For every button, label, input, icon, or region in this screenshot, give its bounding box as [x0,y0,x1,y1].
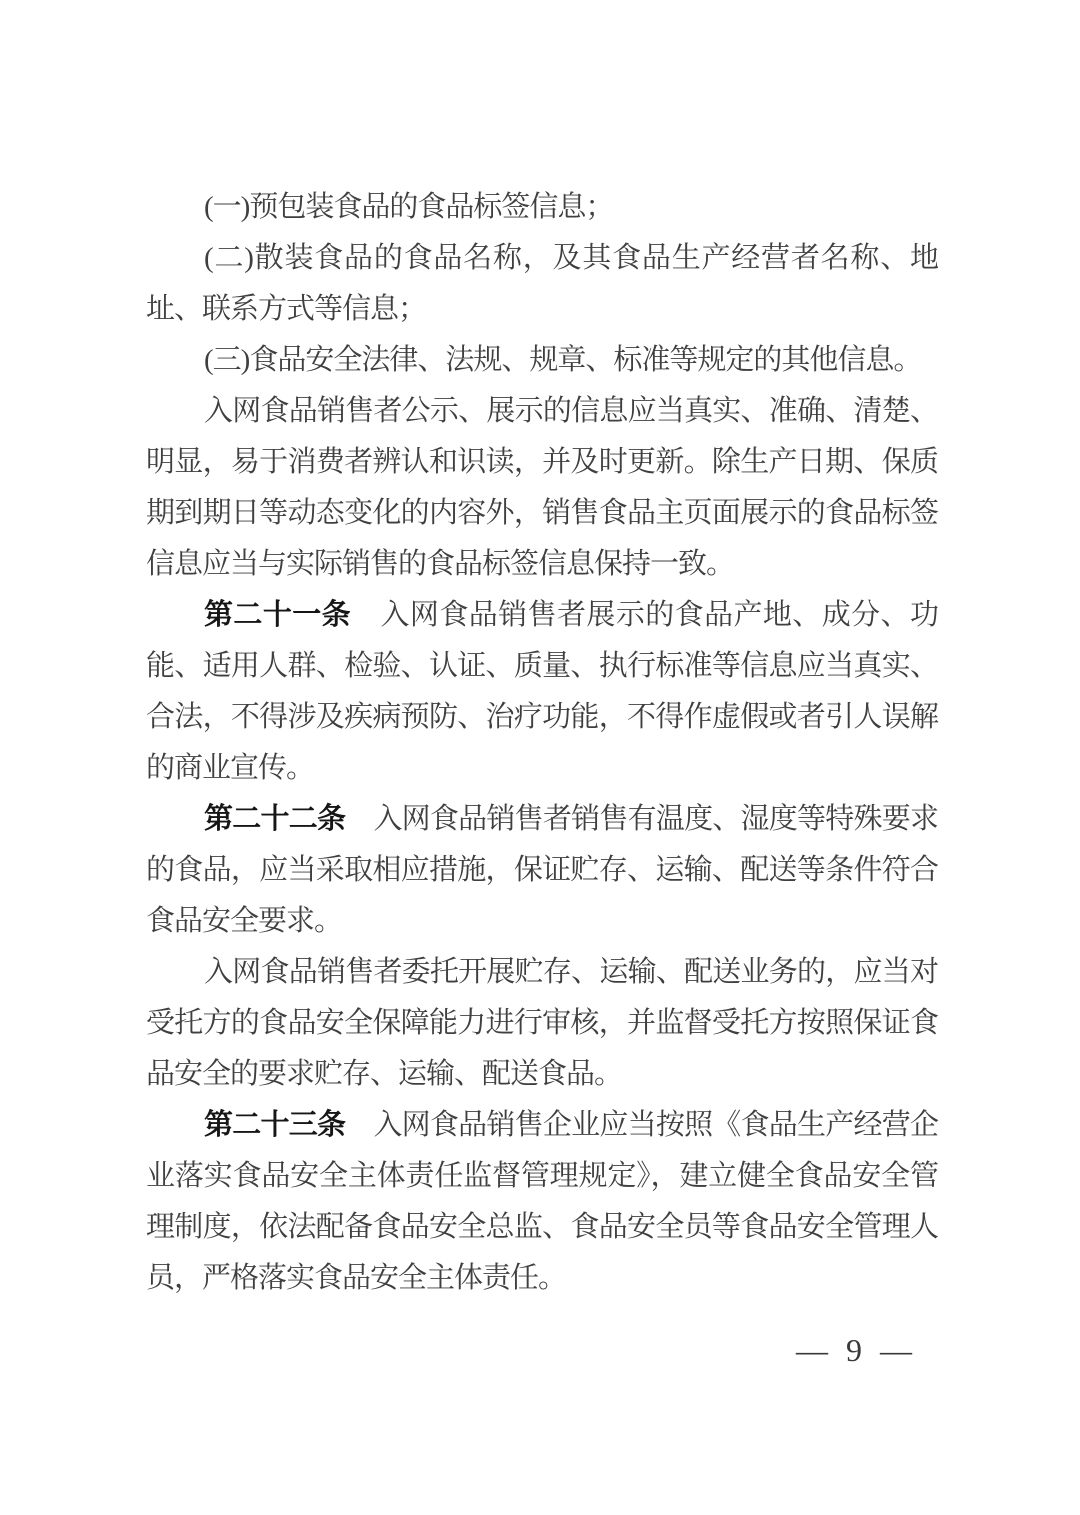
list-item-2: (二)散装食品的食品名称，及其食品生产经营者名称、地址、联系方式等信息； [146,233,938,335]
paragraph-display-requirements: 入网食品销售者公示、展示的信息应当真实、准确、清楚、明显，易于消费者辨认和识读，… [146,386,938,590]
paragraph-text: (三)食品安全法律、法规、规章、标准等规定的其他信息。 [204,344,921,376]
article-number-label: 第二十二条 [204,803,345,835]
article-21: 第二十一条 入网食品销售者展示的食品产地、成分、功能、适用人群、检验、认证、质量… [146,590,938,794]
article-22-paragraph-2: 入网食品销售者委托开展贮存、运输、配送业务的，应当对受托方的食品安全保障能力进行… [146,947,938,1100]
page-footer: — 9 — [796,1330,912,1370]
article-number-label: 第二十一条 [204,599,351,631]
article-23: 第二十三条 入网食品销售企业应当按照《食品生产经营企业落实食品安全主体责任监督管… [146,1100,938,1304]
paragraph-text: (一)预包装食品的食品标签信息； [204,191,613,223]
list-item-1: (一)预包装食品的食品标签信息； [146,182,938,233]
article-number-label: 第二十三条 [204,1109,345,1141]
page-number: — 9 — [796,1332,912,1368]
paragraph-text: 入网食品销售者公示、展示的信息应当真实、准确、清楚、明显，易于消费者辨认和识读，… [146,395,938,580]
list-item-3: (三)食品安全法律、法规、规章、标准等规定的其他信息。 [146,335,938,386]
article-22: 第二十二条 入网食品销售者销售有温度、湿度等特殊要求的食品，应当采取相应措施，保… [146,794,938,947]
document-page: (一)预包装食品的食品标签信息；(二)散装食品的食品名称，及其食品生产经营者名称… [0,0,1080,1515]
document-body: (一)预包装食品的食品标签信息；(二)散装食品的食品名称，及其食品生产经营者名称… [146,182,938,1304]
paragraph-text: (二)散装食品的食品名称，及其食品生产经营者名称、地址、联系方式等信息； [146,242,938,325]
paragraph-text: 入网食品销售者委托开展贮存、运输、配送业务的，应当对受托方的食品安全保障能力进行… [146,956,938,1090]
